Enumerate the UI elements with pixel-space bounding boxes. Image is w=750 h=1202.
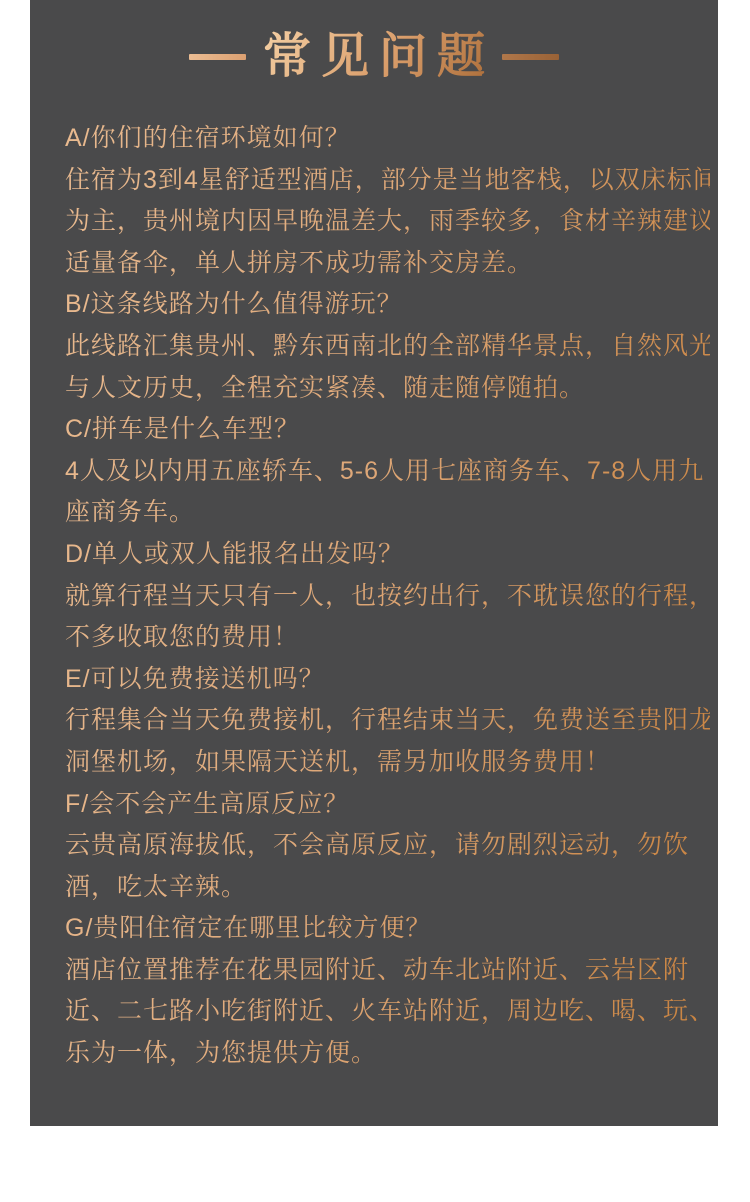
title-dash-right-icon [502,54,559,60]
faq-answer-line: 不多收取您的费用！ [65,617,710,659]
faq-answer-line: 住宿为3到4星舒适型酒店，部分是当地客栈，以双床标间 [65,160,710,202]
faq-question: B/这条线路为什么值得游玩？ [65,284,710,326]
faq-question: C/拼车是什么车型？ [65,409,710,451]
faq-answer-line: 为主，贵州境内因早晚温差大，雨季较多，食材辛辣建议 [65,201,710,243]
faq-answer-line: 酒店位置推荐在花果园附近、动车北站附近、云岩区附 [65,950,710,992]
faq-question: A/你们的住宿环境如何？ [65,118,710,160]
faq-answer-line: 酒，吃太辛辣。 [65,867,710,909]
faq-question: G/贵阳住宿定在哪里比较方便？ [65,908,710,950]
faq-panel: 常见问题 A/你们的住宿环境如何？住宿为3到4星舒适型酒店，部分是当地客栈，以双… [30,0,718,1126]
title-row: 常见问题 [30,0,718,86]
faq-question: D/单人或双人能报名出发吗？ [65,534,710,576]
faq-answer-line: 与人文历史，全程充实紧凑、随走随停随拍。 [65,368,710,410]
page-title: 常见问题 [263,28,495,86]
faq-answer-line: 4人及以内用五座轿车、5-6人用七座商务车、7-8人用九 [65,451,710,493]
faq-question: E/可以免费接送机吗？ [65,659,710,701]
faq-answer-line: 座商务车。 [65,492,710,534]
faq-answer-line: 云贵高原海拔低，不会高原反应，请勿剧烈运动，勿饮 [65,825,710,867]
page: 常见问题 A/你们的住宿环境如何？住宿为3到4星舒适型酒店，部分是当地客栈，以双… [0,0,750,1202]
faq-answer-line: 乐为一体，为您提供方便。 [65,1033,710,1075]
faq-answer-line: 行程集合当天免费接机，行程结束当天，免费送至贵阳龙 [65,700,710,742]
faq-answer-line: 此线路汇集贵州、黔东西南北的全部精华景点，自然风光 [65,326,710,368]
faq-answer-line: 近、二七路小吃街附近、火车站附近，周边吃、喝、玩、 [65,991,710,1033]
faq-answer-line: 洞堡机场，如果隔天送机，需另加收服务费用！ [65,742,710,784]
faq-content: A/你们的住宿环境如何？住宿为3到4星舒适型酒店，部分是当地客栈，以双床标间为主… [30,118,710,1075]
faq-answer-line: 适量备伞，单人拼房不成功需补交房差。 [65,243,710,285]
faq-answer-line: 就算行程当天只有一人，也按约出行，不耽误您的行程， [65,576,710,618]
faq-question: F/会不会产生高原反应？ [65,784,710,826]
title-dash-left-icon [189,54,246,60]
